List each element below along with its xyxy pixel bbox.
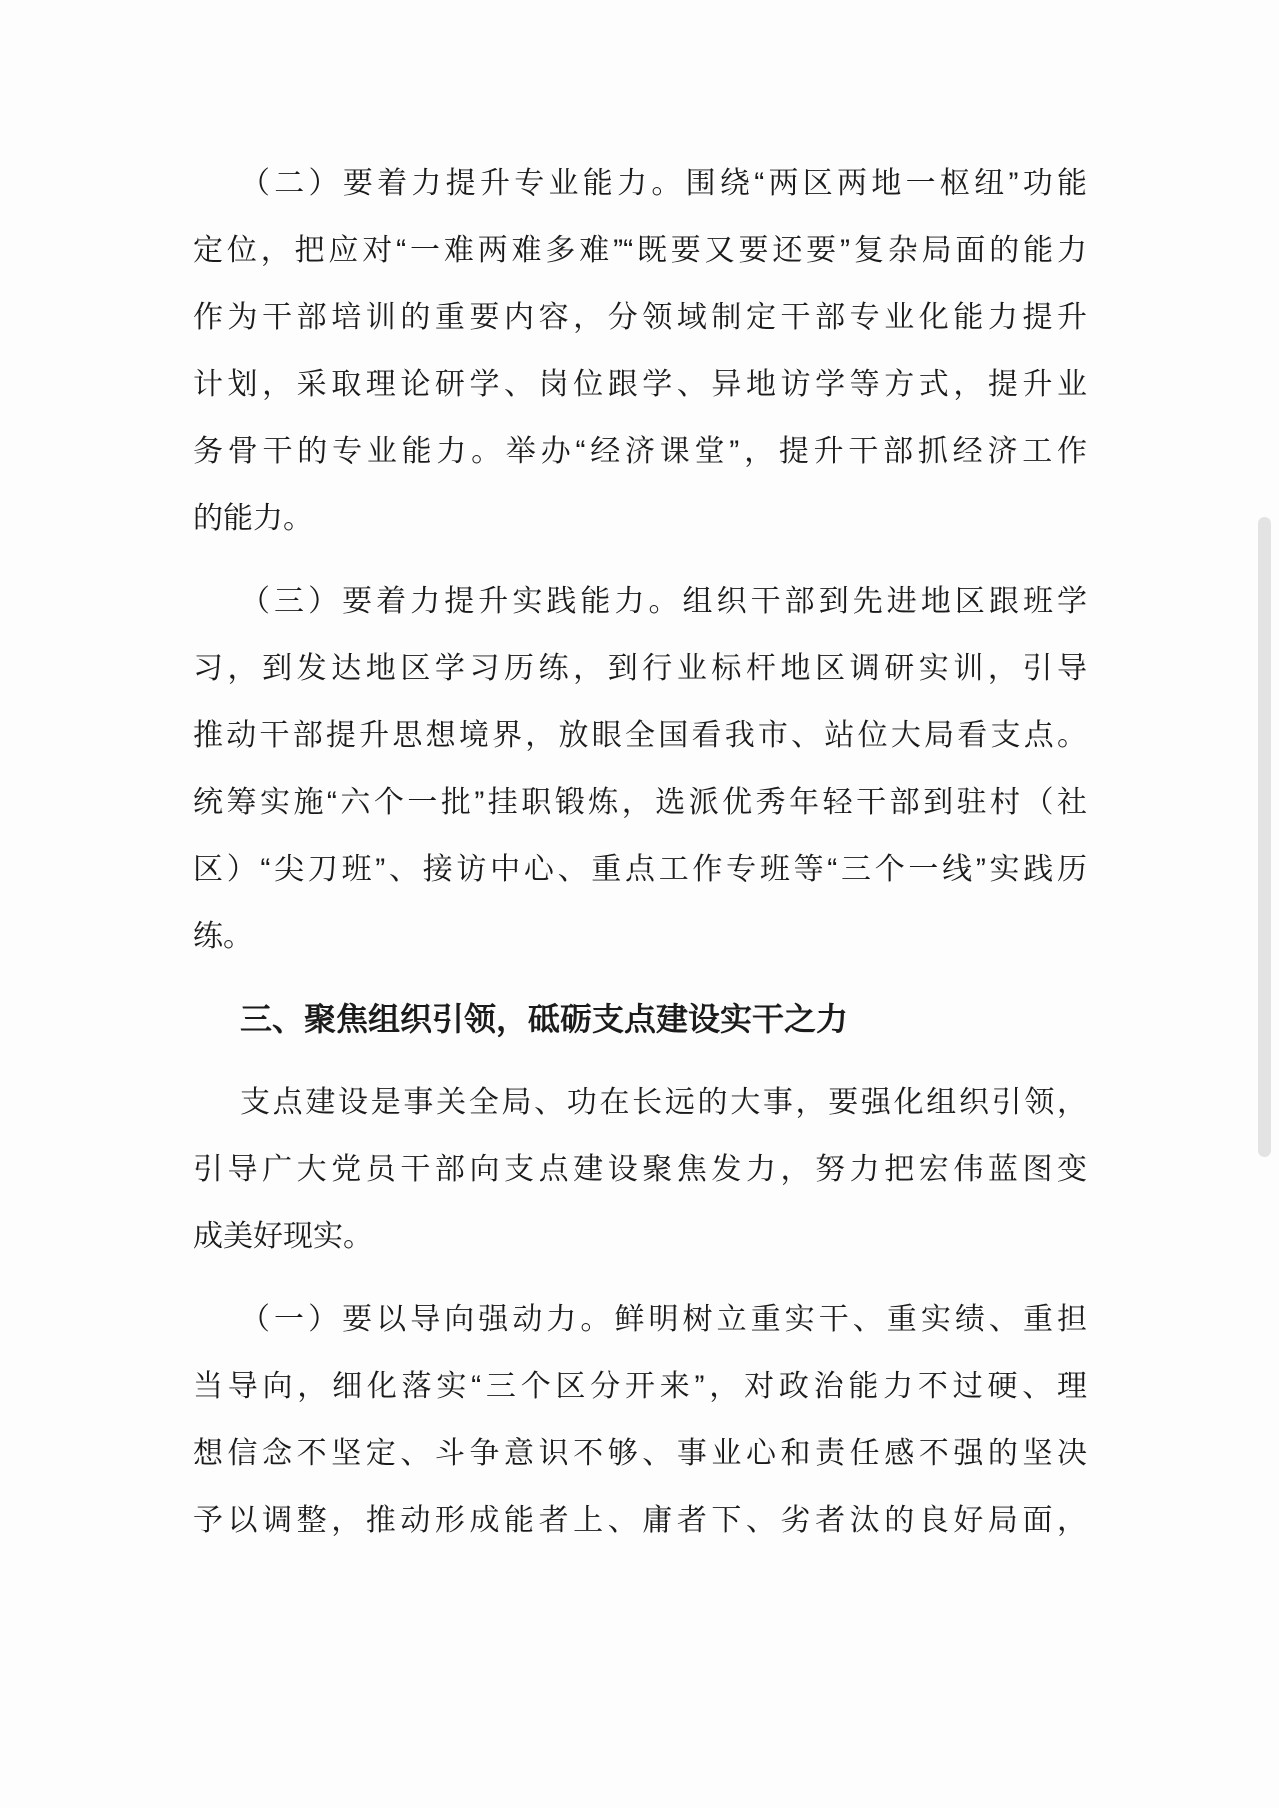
text-line: （三）要着力提升实践能力。组织干部到先进地区跟班学 <box>193 568 1087 635</box>
text-line: 引导广大党员干部向支点建设聚焦发力，努力把宏伟蓝图变 <box>193 1136 1087 1203</box>
text-line: 的能力。 <box>193 485 1087 552</box>
text-line: 予以调整，推动形成能者上、庸者下、劣者汰的良好局面， <box>193 1487 1087 1554</box>
text-line: 想信念不坚定、斗争意识不够、事业心和责任感不强的坚决 <box>193 1420 1087 1487</box>
paragraph: （二）要着力提升专业能力。围绕“两区两地一枢纽”功能定位，把应对“一难两难多难”… <box>193 150 1087 552</box>
text-line: 区）“尖刀班”、接访中心、重点工作专班等“三个一线”实践历 <box>193 836 1087 903</box>
text-line: 作为干部培训的重要内容，分领域制定干部专业化能力提升 <box>193 284 1087 351</box>
text-line: 支点建设是事关全局、功在长远的大事，要强化组织引领， <box>193 1069 1087 1136</box>
paragraph: （一）要以导向强动力。鲜明树立重实干、重实绩、重担当导向，细化落实“三个区分开来… <box>193 1286 1087 1554</box>
text-line: 习，到发达地区学习历练，到行业标杆地区调研实训，引导 <box>193 635 1087 702</box>
text-line: 统筹实施“六个一批”挂职锻炼，选派优秀年轻干部到驻村（社 <box>193 769 1087 836</box>
paragraph: （三）要着力提升实践能力。组织干部到先进地区跟班学习，到发达地区学习历练，到行业… <box>193 568 1087 970</box>
paragraph: 支点建设是事关全局、功在长远的大事，要强化组织引领，引导广大党员干部向支点建设聚… <box>193 1069 1087 1270</box>
text-line: （二）要着力提升专业能力。围绕“两区两地一枢纽”功能 <box>193 150 1087 217</box>
heading-line: 三、聚焦组织引领，砥砺支点建设实干之力 <box>193 986 1087 1053</box>
scrollbar-thumb[interactable] <box>1258 517 1271 1157</box>
document-body: （二）要着力提升专业能力。围绕“两区两地一枢纽”功能定位，把应对“一难两难多难”… <box>193 150 1087 1570</box>
section-heading: 三、聚焦组织引领，砥砺支点建设实干之力 <box>193 986 1087 1053</box>
text-line: 成美好现实。 <box>193 1203 1087 1270</box>
text-line: 定位，把应对“一难两难多难”“既要又要还要”复杂局面的能力 <box>193 217 1087 284</box>
text-line: 推动干部提升思想境界，放眼全国看我市、站位大局看支点。 <box>193 702 1087 769</box>
text-line: 务骨干的专业能力。举办“经济课堂”，提升干部抓经济工作 <box>193 418 1087 485</box>
document-page: （二）要着力提升专业能力。围绕“两区两地一枢纽”功能定位，把应对“一难两难多难”… <box>0 0 1279 1808</box>
text-line: 练。 <box>193 903 1087 970</box>
text-line: （一）要以导向强动力。鲜明树立重实干、重实绩、重担 <box>193 1286 1087 1353</box>
text-line: 计划，采取理论研学、岗位跟学、异地访学等方式，提升业 <box>193 351 1087 418</box>
text-line: 当导向，细化落实“三个区分开来”，对政治能力不过硬、理 <box>193 1353 1087 1420</box>
